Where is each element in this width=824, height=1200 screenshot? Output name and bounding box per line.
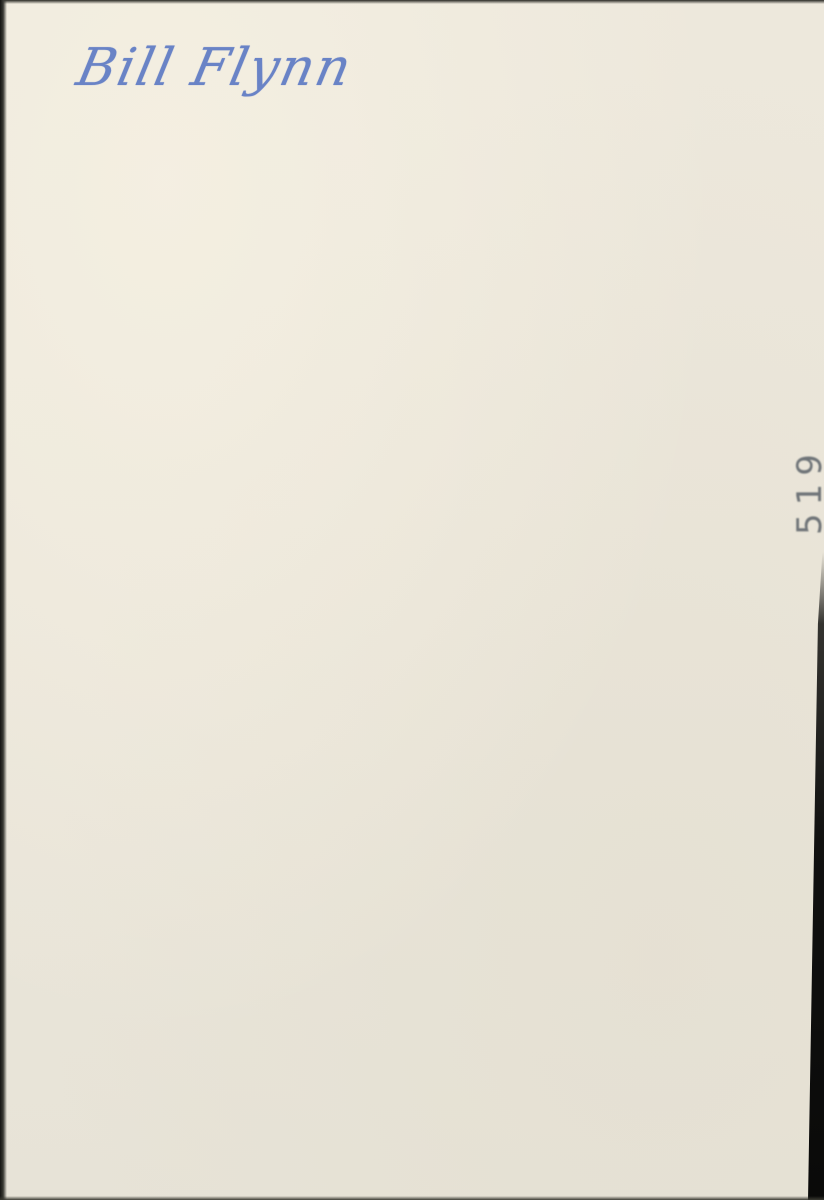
stamped-number: 519 [790, 415, 824, 535]
card-bottom-edge [0, 1196, 824, 1200]
handwritten-signature: Bill Flynn [72, 38, 358, 98]
photo-card-back: Bill Flynn 519 [0, 0, 824, 1200]
card-right-edge-shadow [808, 0, 824, 1200]
card-left-edge [0, 0, 7, 1200]
card-top-edge [0, 0, 824, 4]
